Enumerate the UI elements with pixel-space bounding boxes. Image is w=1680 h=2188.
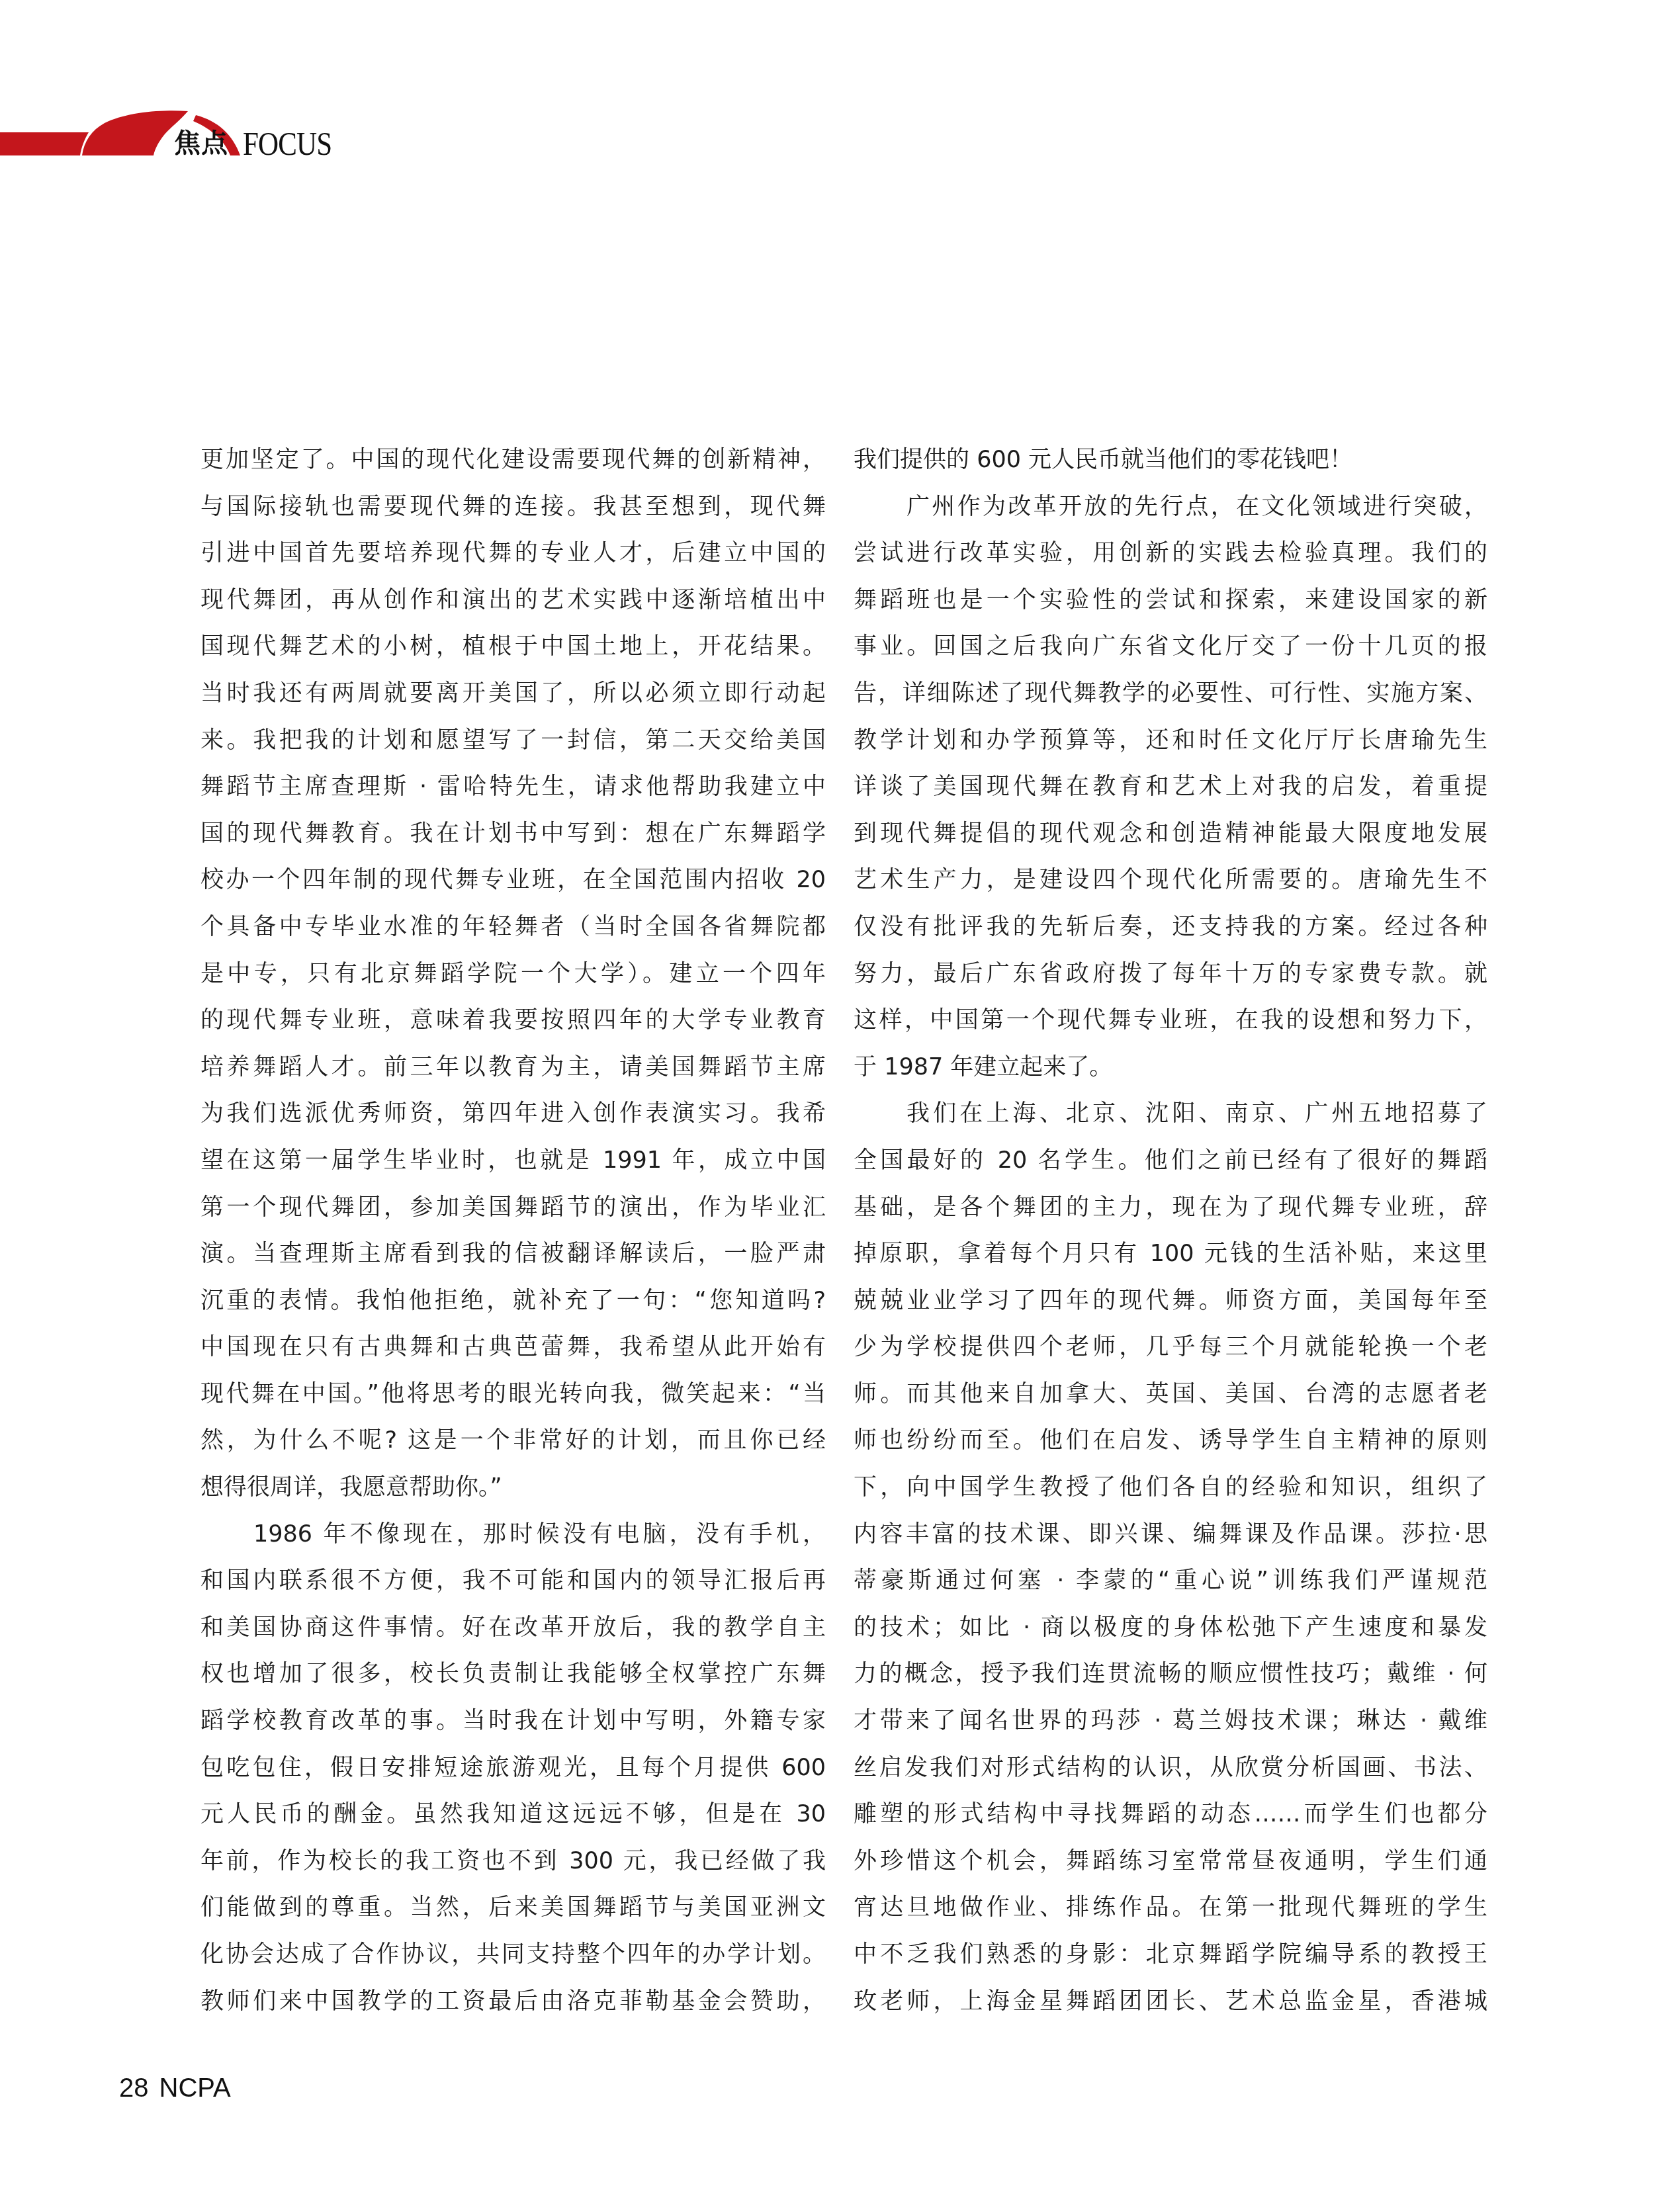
page-footer: 28NCPA: [119, 2073, 231, 2103]
text-line: 蹈学校教育改革的事。当时我在计划中写明，外籍专家: [200, 1698, 826, 1745]
text-line: 全国最好的 20 名学生。他们之前已经有了很好的舞蹈: [854, 1137, 1487, 1184]
text-line: 我们提供的 600 元人民币就当他们的零花钱吧！: [854, 437, 1487, 484]
text-line: 蒂豪斯通过何塞 · 李蒙的“重心说”训练我们严谨规范: [854, 1557, 1487, 1604]
text-line: 外珍惜这个机会，舞蹈练习室常常昼夜通明，学生们通: [854, 1838, 1487, 1885]
text-line: 尝试进行改革实验，用创新的实践去检验真理。我们的: [854, 530, 1487, 577]
publication-name: NCPA: [159, 2074, 231, 2103]
text-line: 告，详细陈述了现代舞教学的必要性、可行性、实施方案、: [854, 670, 1487, 717]
text-line: 力的概念，授予我们连贯流畅的顺应惯性技巧；戴维 · 何: [854, 1651, 1487, 1698]
text-line: 来。我把我的计划和愿望写了一封信，第二天交给美国: [200, 717, 826, 764]
text-line: 掉原职，拿着每个月只有 100 元钱的生活补贴，来这里: [854, 1231, 1487, 1278]
text-line: 培养舞蹈人才。前三年以教育为主，请美国舞蹈节主席: [200, 1044, 826, 1091]
text-line: 宵达旦地做作业、排练作品。在第一批现代舞班的学生: [854, 1884, 1487, 1931]
text-line: 教师们来中国教学的工资最后由洛克菲勒基金会赞助，: [200, 1978, 826, 2025]
text-line: 基础，是各个舞团的主力，现在为了现代舞专业班，辞: [854, 1184, 1487, 1231]
text-line: 仅没有批评我的先斩后奏，还支持我的方案。经过各种: [854, 904, 1487, 951]
text-line: 内容丰富的技术课、即兴课、编舞课及作品课。莎拉·思: [854, 1511, 1487, 1558]
text-line: 们能做到的尊重。当然，后来美国舞蹈节与美国亚洲文: [200, 1884, 826, 1931]
text-line: 当时我还有两周就要离开美国了，所以必须立即行动起: [200, 670, 826, 717]
text-line: 更加坚定了。中国的现代化建设需要现代舞的创新精神，: [200, 437, 826, 484]
text-line: 化协会达成了合作协议，共同支持整个四年的办学计划。: [200, 1931, 826, 1978]
text-line: 兢兢业业学习了四年的现代舞。师资方面，美国每年至: [854, 1278, 1487, 1325]
text-line: 与国际接轨也需要现代舞的连接。我甚至想到，现代舞: [200, 484, 826, 531]
text-line: 校办一个四年制的现代舞专业班，在全国范围内招收 20: [200, 857, 826, 904]
text-line: 丝启发我们对形式结构的认识，从欣赏分析国画、书法、: [854, 1745, 1487, 1792]
text-line: 师。而其他来自加拿大、英国、美国、台湾的志愿者老: [854, 1371, 1487, 1418]
text-line: 少为学校提供四个老师，几乎每三个月就能轮换一个老: [854, 1324, 1487, 1371]
text-line: 国的现代舞教育。我在计划书中写到：想在广东舞蹈学: [200, 810, 826, 857]
text-line: 沉重的表情。我怕他拒绝，就补充了一句：“您知道吗?: [200, 1278, 826, 1325]
text-line: 现代舞在中国。”他将思考的眼光转向我，微笑起来：“当: [200, 1371, 826, 1418]
text-line: 广州作为改革开放的先行点，在文化领域进行突破，: [854, 484, 1487, 531]
text-line: 想得很周详，我愿意帮助你。”: [200, 1464, 826, 1511]
text-line: 年前，作为校长的我工资也不到 300 元，我已经做了我: [200, 1838, 826, 1885]
text-line: 是中专，只有北京舞蹈学院一个大学）。建立一个四年: [200, 951, 826, 998]
text-line: 个具备中专毕业水准的年轻舞者（当时全国各省舞院都: [200, 904, 826, 951]
article-column-left: 更加坚定了。中国的现代化建设需要现代舞的创新精神，与国际接轨也需要现代舞的连接。…: [200, 437, 826, 2025]
text-line: 于 1987 年建立起来了。: [854, 1044, 1487, 1091]
text-line: 第一个现代舞团，参加美国舞蹈节的演出，作为毕业汇: [200, 1184, 826, 1231]
text-line: 下，向中国学生教授了他们各自的经验和知识，组织了: [854, 1464, 1487, 1511]
text-line: 舞蹈班也是一个实验性的尝试和探索，来建设国家的新: [854, 577, 1487, 624]
text-line: 我们在上海、北京、沈阳、南京、广州五地招募了: [854, 1090, 1487, 1137]
text-line: 包吃包住，假日安排短途旅游观光，且每个月提供 600: [200, 1745, 826, 1792]
text-line: 努力，最后广东省政府拨了每年十万的专家费专款。就: [854, 951, 1487, 998]
text-line: 和美国协商这件事情。好在改革开放后，我的教学自主: [200, 1604, 826, 1651]
text-line: 事业。回国之后我向广东省文化厅交了一份十几页的报: [854, 623, 1487, 670]
text-line: 中国现在只有古典舞和古典芭蕾舞，我希望从此开始有: [200, 1324, 826, 1371]
text-line: 师也纷纷而至。他们在启发、诱导学生自主精神的原则: [854, 1417, 1487, 1464]
text-line: 的现代舞专业班，意味着我要按照四年的大学专业教育: [200, 997, 826, 1044]
text-line: 为我们选派优秀师资，第四年进入创作表演实习。我希: [200, 1090, 826, 1137]
text-line: 教学计划和办学预算等，还和时任文化厅厅长唐瑜先生: [854, 717, 1487, 764]
text-line: 现代舞团，再从创作和演出的艺术实践中逐渐培植出中: [200, 577, 826, 624]
text-line: 玫老师，上海金星舞蹈团团长、艺术总监金星，香港城: [854, 1978, 1487, 2025]
section-title-cn: 焦点: [174, 129, 228, 158]
text-line: 到现代舞提倡的现代观念和创造精神能最大限度地发展: [854, 810, 1487, 857]
article-column-right: 我们提供的 600 元人民币就当他们的零花钱吧！广州作为改革开放的先行点，在文化…: [854, 437, 1487, 2025]
text-line: 才带来了闻名世界的玛莎 · 葛兰姆技术课；琳达 · 戴维: [854, 1698, 1487, 1745]
text-line: 和国内联系很不方便，我不可能和国内的领导汇报后再: [200, 1557, 826, 1604]
section-title-en: FOCUS: [243, 126, 332, 161]
text-line: 这样，中国第一个现代舞专业班，在我的设想和努力下，: [854, 997, 1487, 1044]
text-line: 1986 年不像现在，那时候没有电脑，没有手机，: [200, 1511, 826, 1558]
text-line: 中不乏我们熟悉的身影：北京舞蹈学院编导系的教授王: [854, 1931, 1487, 1978]
text-line: 国现代舞艺术的小树，植根于中国土地上，开花结果。: [200, 623, 826, 670]
text-line: 元人民币的酬金。虽然我知道这远远不够，但是在 30: [200, 1791, 826, 1838]
text-line: 演。当查理斯主席看到我的信被翻译解读后，一脸严肃: [200, 1231, 826, 1278]
text-line: 的技术；如比 · 商以极度的身体松弛下产生速度和暴发: [854, 1604, 1487, 1651]
text-line: 权也增加了很多，校长负责制让我能够全权掌控广东舞: [200, 1651, 826, 1698]
text-line: 望在这第一届学生毕业时，也就是 1991 年，成立中国: [200, 1137, 826, 1184]
text-line: 然，为什么不呢? 这是一个非常好的计划，而且你已经: [200, 1417, 826, 1464]
text-line: 艺术生产力，是建设四个现代化所需要的。唐瑜先生不: [854, 857, 1487, 904]
text-line: 引进中国首先要培养现代舞的专业人才，后建立中国的: [200, 530, 826, 577]
text-line: 雕塑的形式结构中寻找舞蹈的动态……而学生们也都分: [854, 1791, 1487, 1838]
text-line: 舞蹈节主席查理斯 · 雷哈特先生，请求他帮助我建立中: [200, 764, 826, 810]
text-line: 详谈了美国现代舞在教育和艺术上对我的启发，着重提: [854, 764, 1487, 810]
page-number: 28: [119, 2074, 149, 2103]
